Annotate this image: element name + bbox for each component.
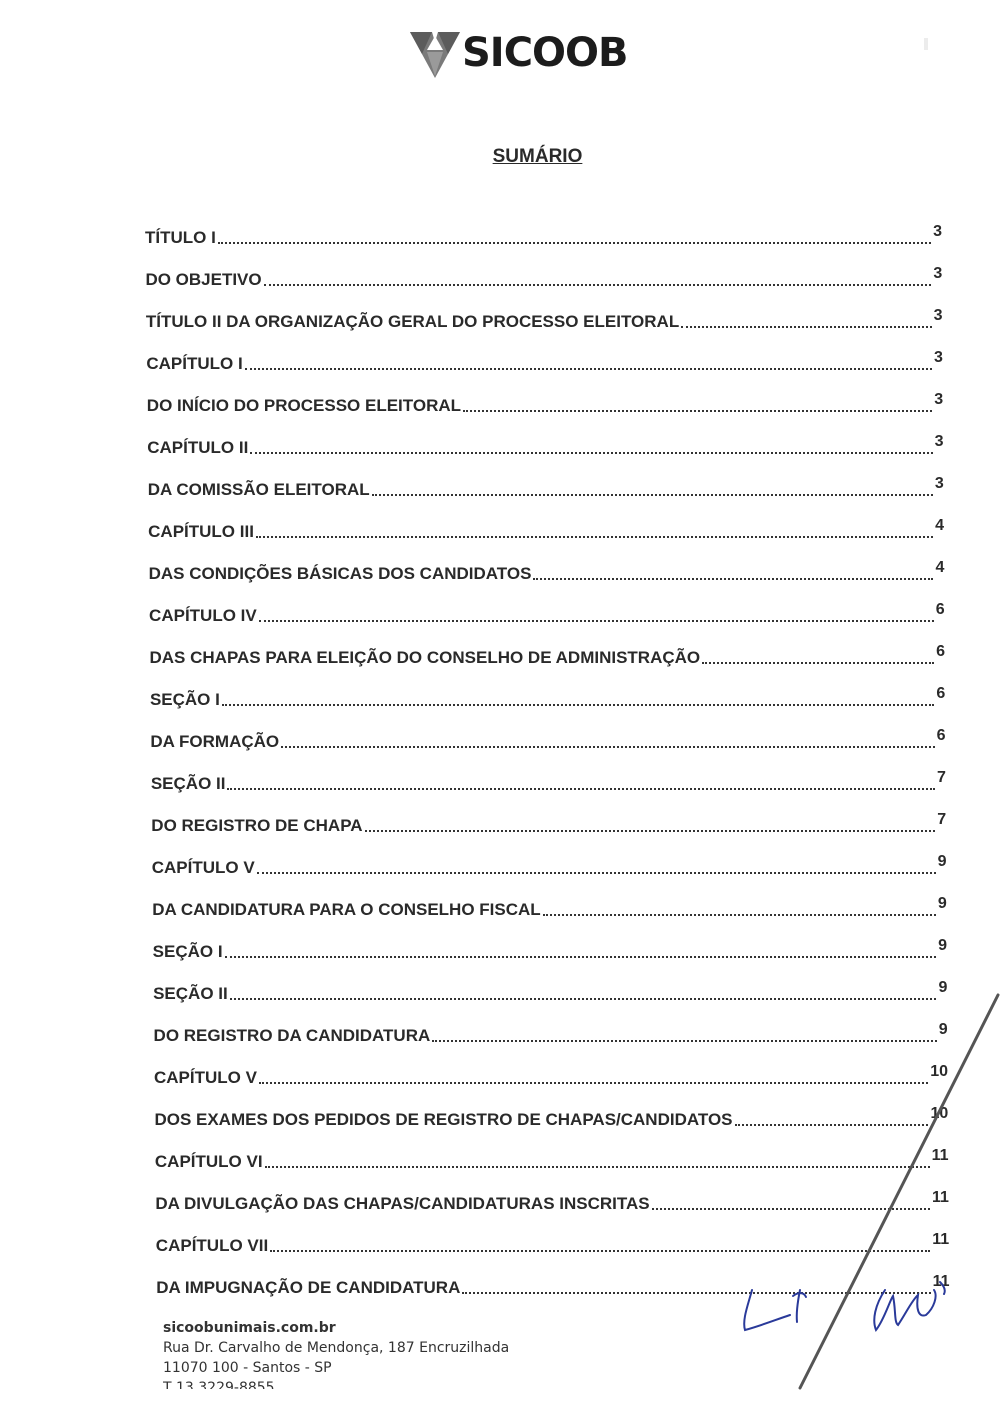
toc-entry-page: 7	[937, 769, 946, 787]
toc-entry-label: TÍTULO II DA ORGANIZAÇÃO GERAL DO PROCES…	[146, 312, 679, 332]
toc-entry-page: 9	[938, 937, 947, 955]
toc-entry[interactable]: DAS CHAPAS PARA ELEIÇÃO DO CONSELHO DE A…	[150, 648, 946, 668]
toc-entry[interactable]: SEÇÃO I6	[150, 690, 945, 710]
toc-entry-label: DAS CONDIÇÕES BÁSICAS DOS CANDIDATOS	[149, 564, 532, 584]
toc-entry-label: SEÇÃO I	[153, 942, 223, 962]
toc-leader-dots	[230, 997, 937, 1000]
page-title: SUMÁRIO	[0, 146, 1000, 168]
footer-website[interactable]: sicoobunimais.com.br	[163, 1318, 509, 1338]
toc-leader-dots	[256, 535, 933, 538]
toc-entry-page: 6	[936, 643, 945, 661]
toc-entry-page: 11	[932, 1231, 949, 1249]
toc-entry-label: SEÇÃO I	[150, 690, 220, 710]
toc-entry-page: 9	[938, 853, 947, 871]
toc-entry-label: DOS EXAMES DOS PEDIDOS DE REGISTRO DE CH…	[154, 1110, 732, 1130]
toc-entry[interactable]: CAPÍTULO VII11	[156, 1236, 949, 1256]
toc-entry[interactable]: TÍTULO I3	[145, 228, 942, 248]
toc-entry-label: DA FORMAÇÃO	[150, 732, 279, 752]
toc-entry-label: DAS CHAPAS PARA ELEIÇÃO DO CONSELHO DE A…	[150, 648, 701, 668]
toc-entry-page: 6	[937, 727, 946, 745]
toc-leader-dots	[259, 1081, 928, 1084]
toc-entry-label: DO REGISTRO DA CANDIDATURA	[154, 1026, 431, 1046]
toc-leader-dots	[543, 913, 936, 916]
toc-entry-page: 3	[934, 391, 943, 409]
toc-entry-label: CAPÍTULO V	[154, 1068, 257, 1088]
toc-entry-label: CAPÍTULO II	[147, 438, 248, 458]
toc-entry-label: DO OBJETIVO	[145, 270, 261, 290]
toc-entry[interactable]: DO INÍCIO DO PROCESSO ELEITORAL3	[147, 396, 943, 416]
toc-entry-page: 3	[934, 307, 943, 325]
toc-entry[interactable]: CAPÍTULO V10	[154, 1068, 948, 1088]
toc-entry[interactable]: DO REGISTRO DA CANDIDATURA9	[154, 1026, 948, 1046]
toc-entry-page: 10	[930, 1063, 948, 1081]
toc-entry[interactable]: DOS EXAMES DOS PEDIDOS DE REGISTRO DE CH…	[154, 1110, 948, 1130]
toc-entry-page: 11	[933, 1273, 950, 1291]
toc-entry-page: 7	[937, 811, 946, 829]
footer-address: Rua Dr. Carvalho de Mendonça, 187 Encruz…	[163, 1338, 509, 1358]
toc-leader-dots	[222, 703, 935, 706]
toc-entry-label: TÍTULO I	[145, 228, 216, 248]
toc-leader-dots	[735, 1123, 929, 1126]
toc-entry[interactable]: DA FORMAÇÃO6	[150, 732, 945, 752]
toc-entry-label: SEÇÃO II	[151, 774, 226, 794]
toc-leader-dots	[264, 283, 932, 286]
toc-entry-page: 9	[938, 895, 947, 913]
toc-leader-dots	[257, 871, 936, 874]
toc-entry[interactable]: TÍTULO II DA ORGANIZAÇÃO GERAL DO PROCES…	[146, 312, 943, 332]
toc-leader-dots	[250, 451, 932, 454]
toc-entry-page: 4	[935, 559, 944, 577]
toc-entry[interactable]: CAPÍTULO II3	[147, 438, 943, 458]
toc-entry-page: 3	[933, 265, 942, 283]
toc-leader-dots	[372, 493, 933, 496]
toc-leader-dots	[681, 325, 931, 328]
toc-entry-label: DA CANDIDATURA PARA O CONSELHO FISCAL	[152, 900, 540, 920]
toc-entry-page: 10	[930, 1105, 948, 1123]
toc-leader-dots	[702, 661, 934, 664]
toc-entry[interactable]: DA CANDIDATURA PARA O CONSELHO FISCAL9	[152, 900, 947, 920]
toc-leader-dots	[218, 241, 931, 244]
toc-entry-label: SEÇÃO II	[153, 984, 228, 1004]
toc-entry-label: CAPÍTULO VII	[156, 1236, 268, 1256]
toc-entry-page: 3	[933, 223, 942, 241]
toc-entry-label: DO REGISTRO DE CHAPA	[151, 816, 362, 836]
toc-entry[interactable]: CAPÍTULO VI11	[155, 1152, 949, 1172]
sicoob-logo: SICOOB	[410, 26, 610, 80]
toc-entry-label: CAPÍTULO V	[152, 858, 255, 878]
scan-mark	[924, 38, 928, 50]
diagonal-strike-line-icon	[800, 995, 998, 1388]
toc-leader-dots	[652, 1207, 930, 1210]
toc-entry[interactable]: SEÇÃO II7	[151, 774, 946, 794]
toc-leader-dots	[225, 955, 937, 958]
toc-entry[interactable]: DA DIVULGAÇÃO DAS CHAPAS/CANDIDATURAS IN…	[155, 1194, 949, 1214]
toc-leader-dots	[227, 787, 935, 790]
toc-entry-page: 11	[932, 1189, 949, 1207]
toc-entry[interactable]: DO OBJETIVO3	[145, 270, 942, 290]
toc-leader-dots	[265, 1165, 930, 1168]
toc-entry[interactable]: DAS CONDIÇÕES BÁSICAS DOS CANDIDATOS4	[149, 564, 945, 584]
toc-leader-dots	[365, 829, 936, 832]
toc-entry-label: CAPÍTULO III	[148, 522, 254, 542]
toc-leader-dots	[463, 409, 932, 412]
toc-entry-page: 11	[932, 1147, 949, 1165]
toc-entry[interactable]: CAPÍTULO III4	[148, 522, 944, 542]
toc-leader-dots	[259, 619, 934, 622]
footer-phone: T 13 3229-8855	[163, 1378, 509, 1389]
toc-leader-dots	[533, 577, 933, 580]
toc-entry-page: 9	[938, 979, 947, 997]
toc-leader-dots	[270, 1249, 930, 1252]
toc-leader-dots	[432, 1039, 937, 1042]
toc-entry-label: DA IMPUGNAÇÃO DE CANDIDATURA	[156, 1278, 460, 1298]
toc-entry[interactable]: CAPÍTULO I3	[146, 354, 943, 374]
toc-leader-dots	[462, 1291, 930, 1294]
toc-entry-page: 9	[939, 1021, 948, 1039]
toc-entry-label: DA DIVULGAÇÃO DAS CHAPAS/CANDIDATURAS IN…	[155, 1194, 649, 1214]
toc-entry-page: 3	[935, 433, 944, 451]
toc-entry-page: 6	[936, 601, 945, 619]
toc-entry[interactable]: SEÇÃO I9	[153, 942, 947, 962]
toc-leader-dots	[281, 745, 935, 748]
toc-entry-label: DA COMISSÃO ELEITORAL	[148, 480, 370, 500]
toc-entry[interactable]: DA COMISSÃO ELEITORAL3	[148, 480, 944, 500]
toc-entry-label: CAPÍTULO I	[146, 354, 242, 374]
toc-entry-page: 4	[935, 517, 944, 535]
toc-entry-page: 3	[935, 475, 944, 493]
toc-entry[interactable]: SEÇÃO II9	[153, 984, 947, 1004]
toc-entry[interactable]: DO REGISTRO DE CHAPA7	[151, 816, 946, 836]
toc-entry-label: CAPÍTULO IV	[149, 606, 257, 626]
toc-entry-page: 3	[934, 349, 943, 367]
toc-entry-label: DO INÍCIO DO PROCESSO ELEITORAL	[147, 396, 461, 416]
toc-entry[interactable]: DA IMPUGNAÇÃO DE CANDIDATURA11	[156, 1278, 949, 1298]
toc-entry-page: 6	[936, 685, 945, 703]
toc-leader-dots	[245, 367, 932, 370]
toc-entry[interactable]: CAPÍTULO V9	[152, 858, 947, 878]
footer-city: 11070 100 - Santos - SP	[163, 1358, 509, 1378]
toc-entry-label: CAPÍTULO VI	[155, 1152, 263, 1172]
brand-name: SICOOB	[462, 26, 628, 80]
footer: sicoobunimais.com.br Rua Dr. Carvalho de…	[163, 1318, 509, 1389]
sicoob-triangle-logo-icon	[410, 26, 460, 80]
toc-entry[interactable]: CAPÍTULO IV6	[149, 606, 945, 626]
